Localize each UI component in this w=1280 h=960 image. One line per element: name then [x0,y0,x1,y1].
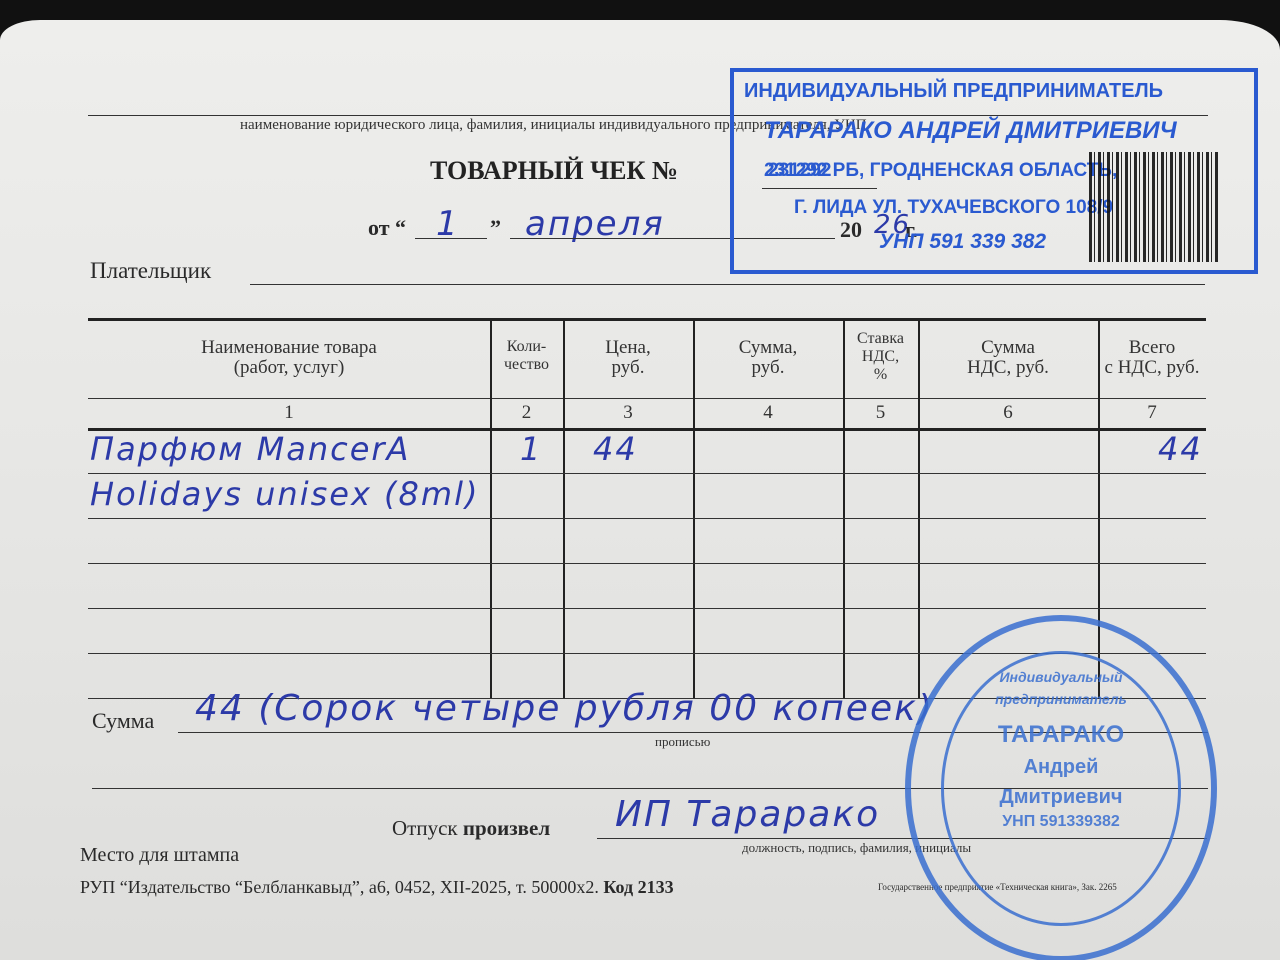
table-cell-name[interactable]: Парфюм MancerA [90,430,410,468]
receipt-paper: наименование юридического лица, фамилия,… [0,20,1280,960]
column-number: 6 [918,402,1098,424]
barcode [1089,152,1219,262]
rect-stamp-line5: УНП 591 339 382 [879,230,1046,254]
printer-code: Код 2133 [603,877,673,897]
round-stamp-line6: УНП 591339382 [911,813,1211,831]
rect-stamp-line4: Г. ЛИДА УЛ. ТУХАЧЕВСКОГО 108/9 [794,197,1113,219]
round-stamp-line5: Дмитриевич [911,786,1211,809]
column-header: Наименование товара(работ, услуг) [88,338,490,378]
table-row [88,563,1206,564]
table-row [88,518,1206,519]
released-label: Отпуск произвел [392,816,550,841]
column-number: 7 [1098,402,1206,424]
stamp-place-label: Место для штампа [80,844,239,867]
page-title: ТОВАРНЫЙ ЧЕК № [430,156,678,186]
column-number: 3 [563,402,693,424]
payer-line[interactable] [250,284,1205,285]
released-label-plain: Отпуск [392,816,463,840]
payer-label: Плательщик [90,258,211,284]
column-number: 1 [88,402,490,424]
table-cell-qty[interactable]: 1 [520,430,542,468]
released-label-bold: произвел [463,816,550,840]
sum-in-words[interactable]: 44 (Сорок четыре рубля 00 копеек) [195,688,934,729]
column-divider [490,318,492,698]
table-cell-total[interactable]: 44 [1158,430,1203,468]
printer-line: РУП “Издательство “Белбланкавыд”, а6, 04… [80,877,603,897]
receipt-title: ТОВАРНЫЙ ЧЕК № [430,156,678,185]
column-header: Всегос НДС, руб. [1098,338,1206,378]
table-cell-price[interactable]: 44 [593,430,638,468]
round-stamp-line3: ТАРАРАКО [911,721,1211,749]
round-stamp-line2: предприниматель [911,691,1211,707]
entrepreneur-round-stamp: Республика Беларусь Гродненская область … [905,615,1217,960]
column-header: Цена,руб. [563,338,693,378]
column-number: 5 [843,402,918,424]
table-cell-name[interactable]: Holidays unisex (8ml) [90,475,479,513]
column-header: Сумма,руб. [693,338,843,378]
date-quote-close: ” [490,215,501,241]
header-divider [88,398,1206,399]
printer-info: РУП “Издательство “Белбланкавыд”, а6, 04… [80,877,674,898]
date-prefix: от “ [368,215,406,240]
column-header: СуммаНДС, руб. [918,338,1098,378]
table-row [88,473,1206,474]
round-stamp-line4: Андрей [911,756,1211,779]
rect-stamp-line1: ИНДИВИДУАЛЬНЫЙ ПРЕДПРИНИМАТЕЛЬ [744,80,1163,103]
rect-stamp-line2: ТАРАРАКО АНДРЕЙ ДМИТРИЕВИЧ [764,117,1177,145]
column-number: 2 [490,402,563,424]
column-header: Коли-чество [490,338,563,374]
released-by-value[interactable]: ИП Тарарако [615,794,880,835]
sum-caption: прописью [655,734,710,750]
column-header: СтавкаНДС,% [843,330,918,384]
receipt-number: 231292 [768,160,831,182]
date-row: от “ [368,215,406,241]
round-stamp-line1: Индивидуальный [911,669,1211,685]
table-row [88,608,1206,609]
column-number: 4 [693,402,843,424]
sum-label: Сумма [92,708,154,734]
table-top-border [88,318,1206,321]
date-day-line [415,238,487,239]
